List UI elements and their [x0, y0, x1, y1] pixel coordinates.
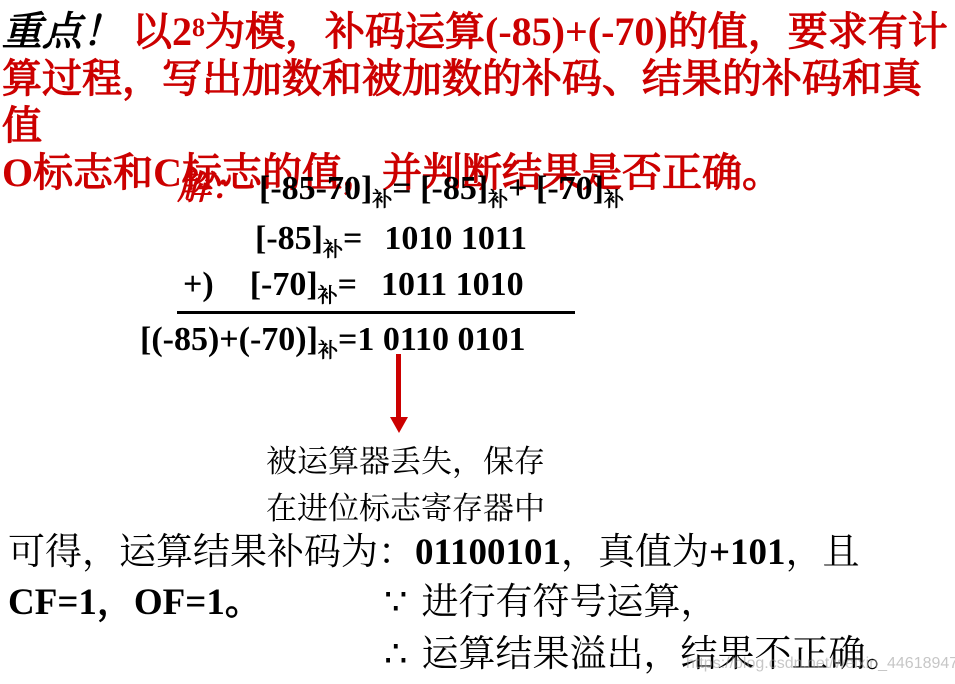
carry-note-line2: 在进位标志寄存器中 [266, 485, 545, 532]
addition-rule-line [177, 311, 575, 314]
carry-note-line1: 被运算器丢失，保存 [266, 438, 545, 485]
addend2-binary: 1011 1010 [381, 266, 524, 303]
heading-line-1: 重点！以28为模，补码运算(-85)+(-70)的值，要求有计 [2, 8, 954, 55]
heading-prefix: 重点！ [2, 9, 122, 54]
addend2-equals: = [338, 266, 357, 303]
carry-arrow-head-icon [390, 417, 408, 433]
addend1-binary: 1010 1011 [384, 220, 527, 257]
carry-note: 被运算器丢失，保存 在进位标志寄存器中 [266, 438, 545, 532]
complement-subscript: 补 [323, 239, 343, 261]
true-value: +101 [709, 532, 786, 573]
flag-values: CF=1，OF=1。 [8, 582, 262, 624]
solution-label: 解： [177, 170, 245, 207]
conclusion-line1: 可得，运算结果补码为：01100101，真值为+101，且 [8, 532, 860, 574]
carry-arrow-shaft [396, 354, 401, 418]
result-row: [(-85)+(-70)]补=1 0110 0101 [140, 320, 525, 364]
addend1-row: [-85]补=1010 1011 [255, 219, 527, 263]
because-text: 进行有符号运算， [422, 582, 718, 623]
solution-equation-head: 解：[-85-70]补= [-85]补+ [-70]补 [177, 169, 624, 213]
slide: 重点！以28为模，补码运算(-85)+(-70)的值，要求有计 算过程，写出加数… [0, 0, 955, 684]
csdn-watermark: https://blog.csdn.net/weixin_44618947 [686, 655, 955, 673]
because-symbol: ∵ [384, 582, 408, 623]
eq-term1: = [-85] [392, 170, 488, 207]
eq-term2: + [-70] [508, 170, 604, 207]
because-line: ∵进行有符号运算， [384, 582, 718, 624]
addend1-lhs: [-85] [255, 220, 323, 257]
heading-line1-a: 以2 [132, 9, 192, 54]
result-equals: = [338, 321, 357, 358]
conclusion-pre: 可得，运算结果补码为： [8, 532, 415, 573]
eq-lhs: [-85-70] [259, 170, 372, 207]
complement-subscript: 补 [604, 189, 624, 211]
problem-statement: 重点！以28为模，补码运算(-85)+(-70)的值，要求有计 算过程，写出加数… [2, 8, 954, 196]
result-complement-value: 01100101 [415, 532, 561, 573]
addend1-equals: = [343, 220, 362, 257]
result-binary: 1 0110 0101 [357, 321, 525, 358]
heading-line1-b: 为模，补码运算(-85)+(-70)的值，要求有计 [205, 9, 948, 54]
addend2-lhs: [-70] [250, 266, 318, 303]
complement-subscript: 补 [318, 340, 338, 362]
heading-line-2: 算过程，写出加数和被加数的补码、结果的补码和真值 [2, 55, 954, 149]
plus-operator: +) [183, 266, 214, 303]
conclusion-mid: ，真值为 [561, 532, 709, 573]
complement-subscript: 补 [318, 285, 338, 307]
conclusion-tail: ，且 [786, 532, 860, 573]
addend2-row: +)[-70]补=1011 1010 [183, 265, 524, 309]
complement-subscript: 补 [488, 189, 508, 211]
exponent: 8 [192, 13, 205, 42]
therefore-symbol: ∴ [384, 634, 408, 675]
complement-subscript: 补 [372, 189, 392, 211]
result-lhs: [(-85)+(-70)] [140, 321, 318, 358]
